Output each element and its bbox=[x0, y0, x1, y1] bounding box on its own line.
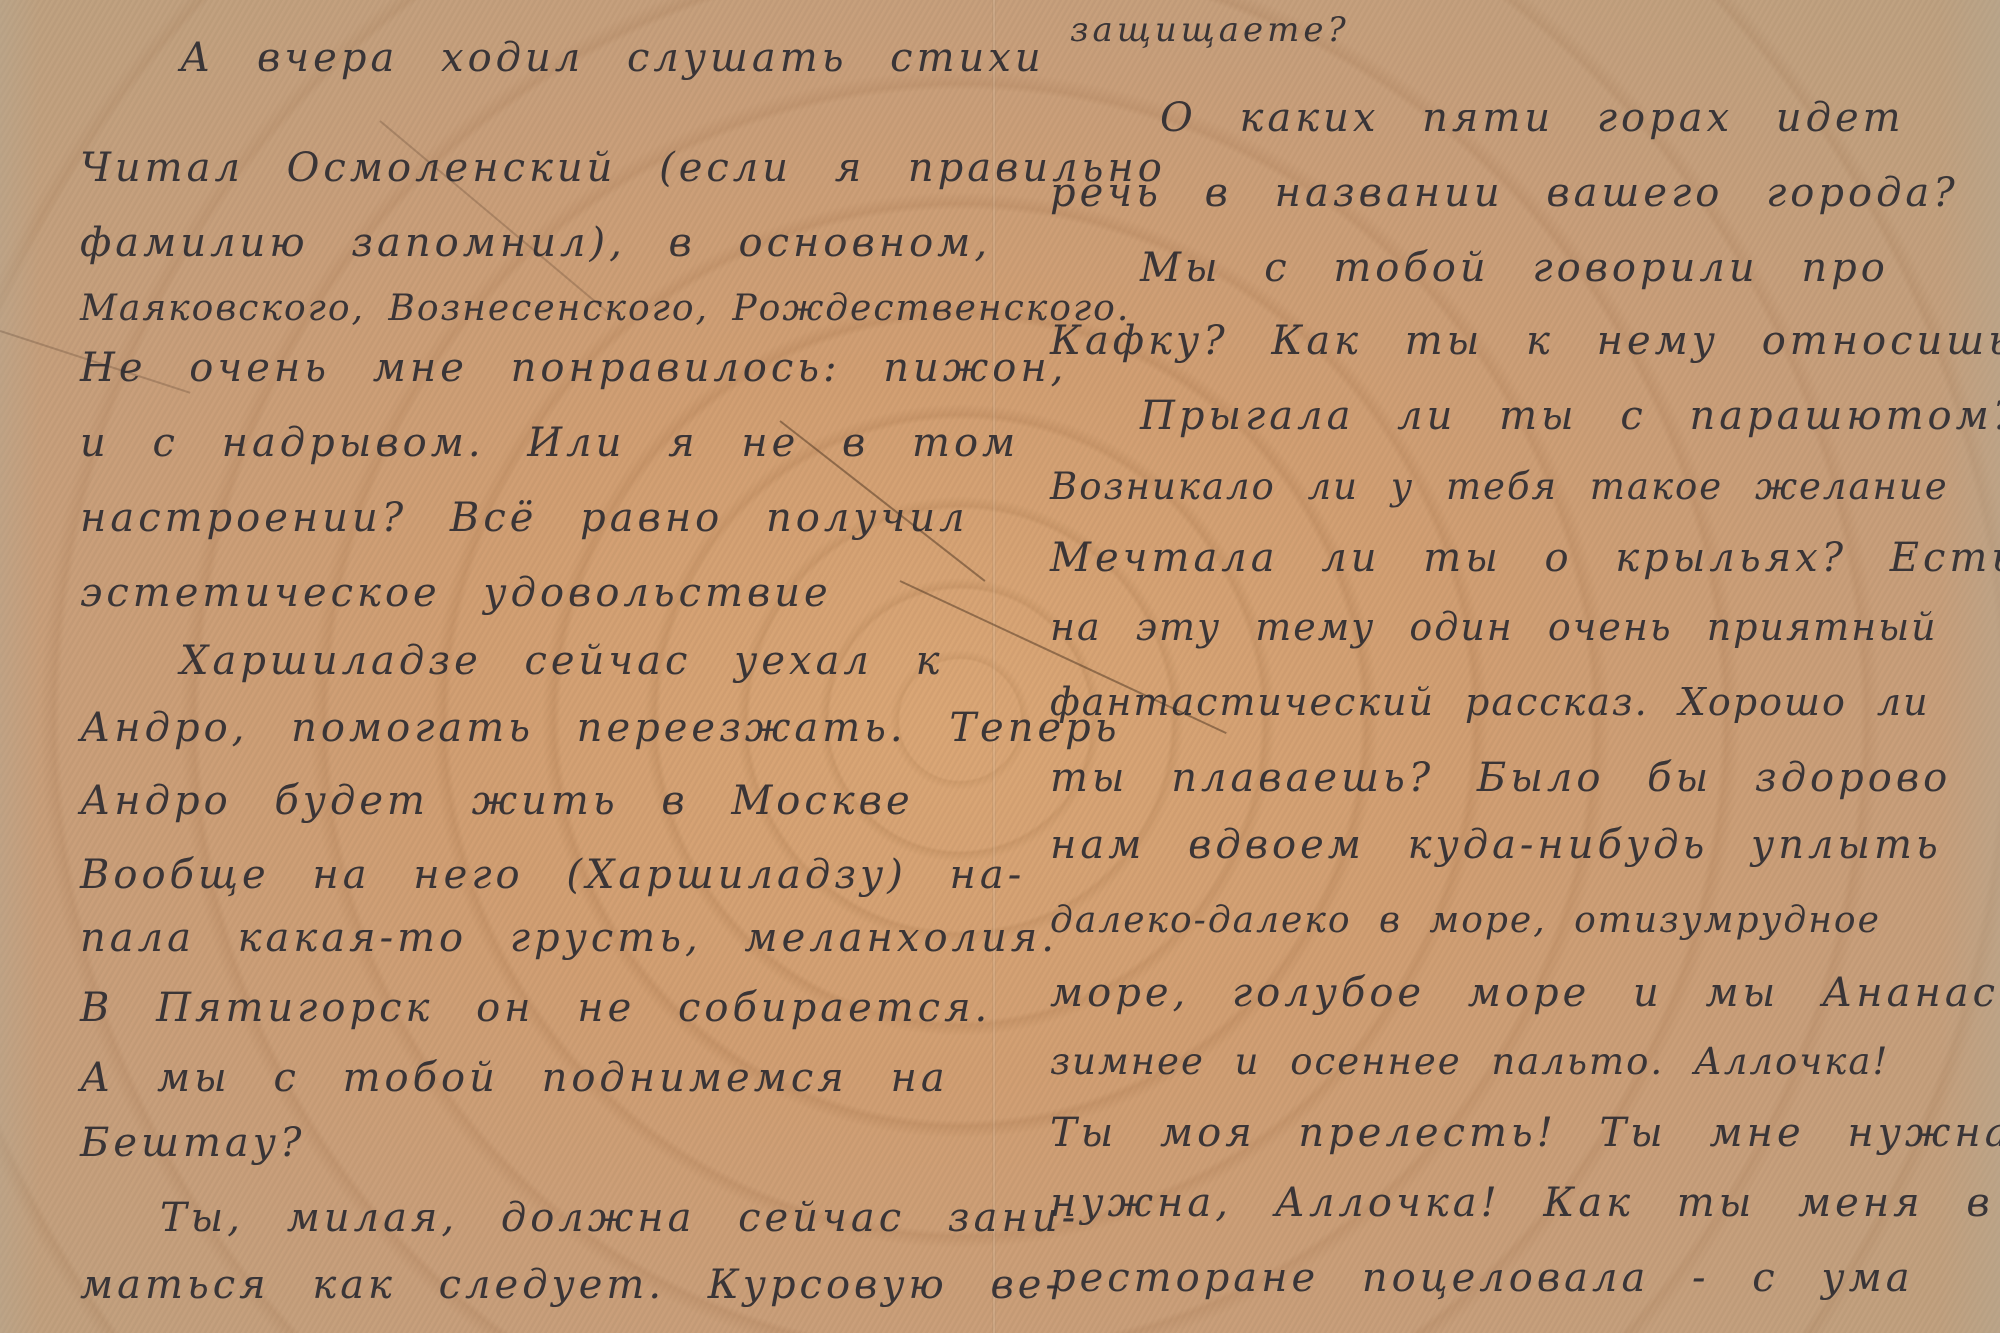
handwritten-line: Ты, милая, должна сейчас зани- bbox=[160, 1195, 1079, 1241]
handwritten-line: Мечтала ли ты о крыльях? Есть bbox=[1050, 535, 2000, 581]
handwritten-line: О каких пяти горах идет bbox=[1160, 95, 1905, 141]
handwritten-line: Андро, помогать переезжать. Теперь bbox=[80, 705, 1121, 751]
handwritten-line: море, голубое море и мы Ананас bbox=[1050, 970, 1999, 1016]
handwritten-line: нужна, Аллочка! Как ты меня в bbox=[1050, 1180, 1994, 1226]
left-edge-shade bbox=[0, 0, 40, 1333]
handwritten-line: и с надрывом. Или я не в том bbox=[80, 420, 1019, 466]
handwritten-line: Андро будет жить в Москве bbox=[80, 778, 914, 824]
handwritten-line: Маяковского, Вознесенского, Рождественск… bbox=[80, 288, 1130, 329]
handwritten-line: защищаете? bbox=[1070, 10, 1350, 50]
handwritten-line: маться как следует. Курсовую ве- bbox=[80, 1262, 1063, 1308]
handwritten-line: пала какая-то грусть, меланхолия. bbox=[80, 915, 1058, 961]
handwritten-line: Харшиладзе сейчас уехал к bbox=[180, 638, 944, 684]
handwritten-line: зимнее и осеннее пальто. Аллочка! bbox=[1050, 1040, 1889, 1083]
handwritten-line: фантастический рассказ. Хорошо ли bbox=[1050, 680, 1930, 724]
handwritten-line: Не очень мне понравилось: пижон, bbox=[80, 345, 1067, 391]
handwritten-line: Возникало ли у тебя такое желание bbox=[1050, 465, 1949, 508]
handwritten-line: нам вдвоем куда-нибудь уплыть bbox=[1050, 822, 1942, 868]
handwritten-line: Кафку? Как ты к нему относишься bbox=[1050, 318, 2000, 364]
handwritten-line: Мы с тобой говорили про bbox=[1140, 245, 1889, 291]
handwritten-line: речь в названии вашего города? bbox=[1050, 170, 1959, 216]
handwritten-line: В Пятигорск он не собирается. bbox=[80, 985, 991, 1031]
handwritten-line: на эту тему один очень приятный bbox=[1050, 605, 1938, 649]
page-fold bbox=[992, 0, 996, 1333]
handwritten-line: Ты моя прелесть! Ты мне нужна, bbox=[1050, 1110, 2000, 1156]
handwritten-line: Бештау? bbox=[80, 1120, 305, 1166]
handwritten-line: Вообще на него (Харшиладзу) на- bbox=[80, 852, 1025, 898]
handwritten-line: А мы с тобой поднимемся на bbox=[80, 1055, 949, 1101]
handwritten-line: фамилию запомнил), в основном, bbox=[80, 220, 991, 266]
handwritten-line: далеко-далеко в море, отизумрудное bbox=[1050, 900, 1881, 941]
handwritten-line: настроении? Всё равно получил bbox=[80, 495, 969, 541]
handwritten-line: Прыгала ли ты с парашютом? bbox=[1140, 393, 2000, 439]
handwritten-line: ты плаваешь? Было бы здорово bbox=[1050, 755, 1951, 801]
handwritten-line: эстетическое удовольствие bbox=[80, 570, 832, 616]
handwritten-line: А вчера ходил слушать стихи bbox=[180, 35, 1045, 81]
handwritten-line: ресторане поцеловала - с ума bbox=[1050, 1255, 1914, 1301]
handwritten-line: Читал Осмоленский (если я правильно bbox=[80, 145, 1166, 191]
